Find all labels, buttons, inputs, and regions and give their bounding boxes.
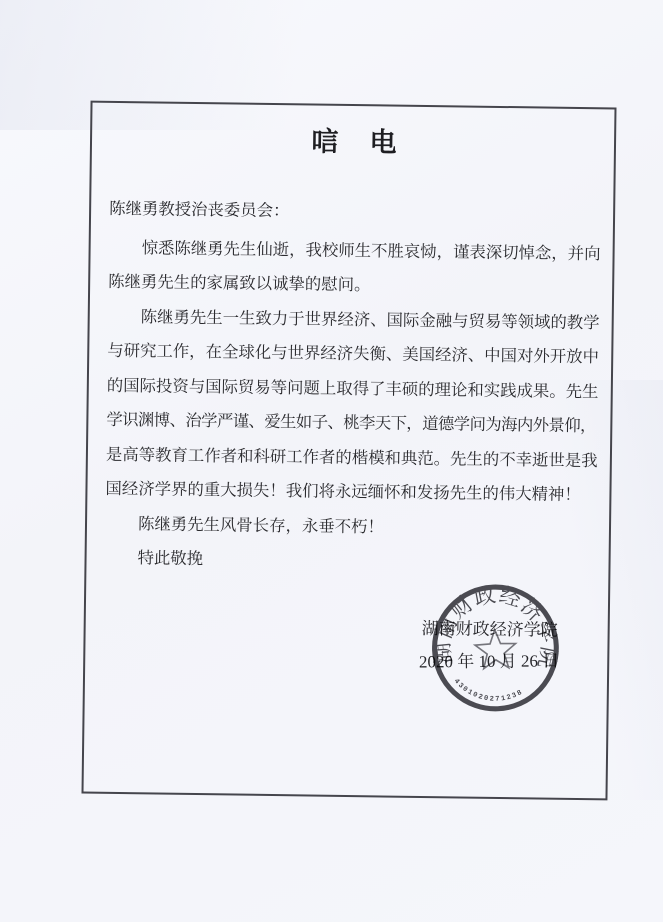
body-line: 国经济学界的重大损失！我们将永远缅怀和发扬先生的伟大精神！ [105,472,595,513]
salutation: 陈继勇教授治丧委员会： [109,192,599,233]
scanned-page: 唁 电 陈继勇教授治丧委员会： 惊悉陈继勇先生仙逝，我校师生不胜哀恸，谨表深切悼… [0,0,663,922]
letter-sheet: 唁 电 陈继勇教授治丧委员会： 惊悉陈继勇先生仙逝，我校师生不胜哀恸，谨表深切悼… [81,101,616,801]
body-line: 与研究工作，在全球化与世界经济失衡、美国经济、中国对外开放中 [107,334,597,375]
letter-title: 唁 电 [110,119,600,165]
official-seal: 湖南财政经济学院 4301020271238 [422,574,569,721]
body-line: 学识渊博、治学严谨、爱生如子、桃李天下，道德学问为海内外景仰， [106,403,596,444]
star-icon [474,629,516,669]
body-line: 陈继勇先生的家属致以诚挚的慰问。 [108,265,598,306]
letter-body: 惊悉陈继勇先生仙逝，我校师生不胜哀恸，谨表深切悼念，并向陈继勇先生的家属致以诚挚… [104,230,598,581]
